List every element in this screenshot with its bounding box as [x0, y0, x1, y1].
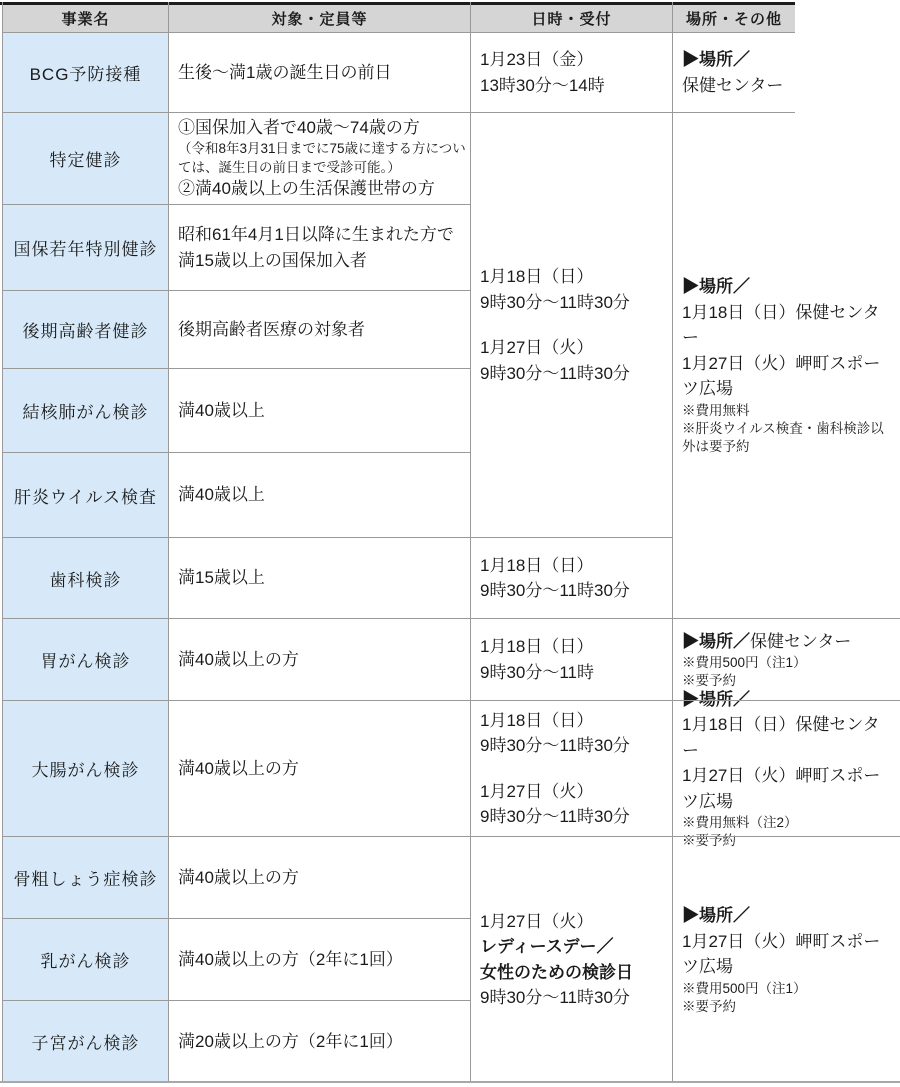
divider-line-header-bottom	[2, 32, 795, 33]
divider-line-col2	[470, 2, 471, 1082]
datetime-time: 9時30分～11時30分	[480, 804, 630, 830]
program-label: 乳がん検診	[41, 947, 131, 972]
target-cell-kanen-virus: 満40歳以上	[169, 453, 470, 537]
target-text: 満40歳以上の方（2年に1回）	[178, 947, 403, 973]
datetime-date: 1月27日（火）	[480, 909, 593, 935]
program-label: BCG予防接種	[30, 60, 142, 85]
datetime-time: 9時30分～11時30分	[480, 290, 630, 316]
datetime-time: 9時30分～11時	[480, 660, 594, 686]
program-label: 子宮がん検診	[32, 1029, 140, 1054]
target-text-item2: ②満40歳以上の生活保護世帯の方	[178, 177, 435, 201]
place-note-reservation: ※肝炎ウイルス検査・歯科検診以外は要予約	[682, 420, 894, 456]
place-text: 1月18日（日）保健センター	[682, 712, 894, 763]
target-text: 満15歳以上	[178, 565, 265, 591]
place-cell-ladies-day: ▶場所／ 1月27日（火）岬町スポーツ広場 ※費用500円（注1） ※要予約	[673, 837, 900, 1082]
target-text: 満40歳以上	[178, 482, 265, 508]
place-line: ▶場所／保健センター	[682, 629, 851, 655]
place-marker: ▶場所／	[682, 903, 750, 929]
target-cell-daichogan: 満40歳以上の方	[169, 701, 470, 836]
datetime-date: 1月18日（日）	[480, 634, 593, 660]
target-text-note: （令和8年3月31日までに75歳に達する方については、誕生日の前日まで受診可能。…	[178, 140, 466, 176]
target-text: 満40歳以上の方	[178, 756, 299, 782]
place-text: 1月27日（火）岬町スポーツ広場	[682, 763, 894, 814]
program-name-igan: 胃がん検診	[3, 619, 168, 700]
divider-line-row7	[2, 618, 900, 619]
program-label: 歯科検診	[50, 566, 122, 591]
divider-line-row9	[2, 836, 900, 837]
program-label: 特定健診	[50, 146, 122, 171]
target-text: 満40歳以上	[178, 398, 265, 424]
datetime-date: 1月27日（火）	[480, 335, 593, 361]
place-note-fee: ※費用無料（注2）	[682, 814, 798, 832]
header-label-program: 事業名	[61, 8, 109, 29]
target-text-item1: ①国保加入者で40歳～74歳の方	[178, 116, 420, 140]
target-cell-kokuho-jakunen: 昭和61年4月1日以降に生まれた方で満15歳以上の国保加入者	[169, 205, 470, 290]
target-text: 生後～満1歳の誕生日の前日	[178, 60, 391, 86]
divider-line-col1	[168, 2, 169, 1082]
place-text: 保健センター	[750, 632, 851, 651]
datetime-cell-ladies-day: 1月27日（火） レディースデー／ 女性のための検診日 9時30分～11時30分	[471, 837, 672, 1082]
divider-line-row1	[2, 112, 795, 113]
divider-line-row5	[2, 452, 470, 453]
header-cell-datetime: 日時・受付	[471, 5, 672, 32]
program-name-bcg: BCG予防接種	[3, 33, 168, 112]
place-note-fee: ※費用無料	[682, 402, 894, 420]
place-marker: ▶場所／	[682, 632, 750, 651]
target-cell-tokutei-kenshin: ①国保加入者で40歳～74歳の方 （令和8年3月31日までに75歳に達する方につ…	[169, 113, 470, 204]
divider-line-col3	[672, 2, 673, 1082]
divider-line-row11	[2, 1000, 470, 1001]
datetime-date: 1月18日（日）	[480, 264, 593, 290]
header-label-datetime: 日時・受付	[531, 8, 611, 29]
program-name-kokuho-jakunen: 国保若年特別健診	[3, 205, 168, 290]
program-name-kotsusosho: 骨粗しょう症検診	[3, 837, 168, 918]
place-note-fee: ※費用500円（注1）	[682, 980, 807, 998]
place-text: 1月18日（日）保健センター	[682, 300, 894, 351]
target-cell-nyugan: 満40歳以上の方（2年に1回）	[169, 919, 470, 1000]
place-marker: ▶場所／	[682, 274, 750, 300]
place-cell-daichogan: ▶場所／ 1月18日（日）保健センター 1月27日（火）岬町スポーツ広場 ※費用…	[673, 701, 900, 836]
ladies-day-label: レディースデー／	[480, 934, 613, 960]
ladies-day-sublabel: 女性のための検診日	[480, 960, 633, 986]
divider-line-left	[2, 2, 3, 1082]
datetime-date: 1月23日（金）	[480, 47, 593, 73]
datetime-date: 1月18日（日）	[480, 708, 593, 734]
target-text: 満20歳以上の方（2年に1回）	[178, 1029, 403, 1055]
program-label: 結核肺がん検診	[23, 398, 149, 423]
datetime-cell-group1: 1月18日（日） 9時30分～11時30分 1月27日（火） 9時30分～11時…	[471, 113, 672, 537]
target-cell-shikyugan: 満20歳以上の方（2年に1回）	[169, 1001, 470, 1082]
datetime-cell-shika: 1月18日（日） 9時30分～11時30分	[471, 538, 672, 618]
target-text: 昭和61年4月1日以降に生まれた方で満15歳以上の国保加入者	[178, 222, 466, 273]
place-cell-group1: ▶場所／ 1月18日（日）保健センター 1月27日（火）岬町スポーツ広場 ※費用…	[673, 113, 900, 618]
divider-line-row4	[2, 368, 470, 369]
target-text: 満40歳以上の方	[178, 647, 299, 673]
divider-line-row6	[2, 537, 672, 538]
place-note-reservation: ※要予約	[682, 998, 736, 1016]
datetime-cell-igan: 1月18日（日） 9時30分～11時	[471, 619, 672, 700]
program-name-kouki-koureisha: 後期高齢者健診	[3, 291, 168, 368]
program-name-nyugan: 乳がん検診	[3, 919, 168, 1000]
program-label: 肝炎ウイルス検査	[14, 483, 157, 508]
program-label: 骨粗しょう症検診	[14, 865, 158, 890]
target-cell-igan: 満40歳以上の方	[169, 619, 470, 700]
datetime-date: 1月27日（火）	[480, 779, 593, 805]
target-cell-kouki-koureisha: 後期高齢者医療の対象者	[169, 291, 470, 368]
program-name-daichogan: 大腸がん検診	[3, 701, 168, 836]
program-name-shikyugan: 子宮がん検診	[3, 1001, 168, 1082]
program-name-kanen-virus: 肝炎ウイルス検査	[3, 453, 168, 537]
program-label: 後期高齢者健診	[23, 317, 149, 342]
divider-line-row3	[2, 290, 470, 291]
header-cell-place: 場所・その他	[673, 5, 795, 32]
divider-line-row10	[2, 918, 470, 919]
place-cell-bcg: ▶場所／ 保健センター	[673, 33, 900, 112]
header-label-target: 対象・定員等	[271, 8, 367, 29]
place-marker: ▶場所／	[682, 47, 750, 73]
datetime-time: 9時30分～11時30分	[480, 985, 630, 1011]
program-name-shika: 歯科検診	[3, 538, 168, 618]
divider-line-row2	[2, 204, 470, 205]
place-text: 保健センター	[682, 73, 783, 99]
program-name-kekkaku-haigan: 結核肺がん検診	[3, 369, 168, 452]
place-text: 1月27日（火）岬町スポーツ広場	[682, 929, 894, 980]
header-cell-program: 事業名	[3, 5, 168, 32]
table-top-border	[0, 2, 795, 5]
divider-line-row8	[2, 700, 900, 701]
target-cell-shika: 満15歳以上	[169, 538, 470, 618]
target-cell-kekkaku-haigan: 満40歳以上	[169, 369, 470, 452]
datetime-date: 1月18日（日）	[480, 553, 593, 579]
header-label-place: 場所・その他	[686, 8, 782, 29]
program-label: 大腸がん検診	[32, 756, 140, 781]
datetime-cell-daichogan: 1月18日（日） 9時30分～11時30分 1月27日（火） 9時30分～11時…	[471, 701, 672, 836]
program-label: 胃がん検診	[41, 647, 131, 672]
table-bottom-border	[0, 1081, 900, 1083]
target-cell-bcg: 生後～満1歳の誕生日の前日	[169, 33, 470, 112]
place-text: 1月27日（火）岬町スポーツ広場	[682, 351, 894, 402]
datetime-time: 9時30分～11時30分	[480, 733, 630, 759]
datetime-cell-bcg: 1月23日（金） 13時30分～14時	[471, 33, 672, 112]
datetime-time: 9時30分～11時30分	[480, 361, 630, 387]
health-checkup-schedule-table: 事業名 対象・定員等 日時・受付 場所・その他 BCG予防接種 特定健診 国保若…	[0, 0, 900, 1087]
header-cell-target: 対象・定員等	[169, 5, 470, 32]
program-label: 国保若年特別健診	[14, 235, 158, 260]
place-note-fee: ※費用500円（注1）	[682, 654, 807, 672]
datetime-time: 9時30分～11時30分	[480, 578, 630, 604]
target-text: 満40歳以上の方	[178, 865, 299, 891]
program-name-tokutei-kenshin: 特定健診	[3, 113, 168, 204]
target-cell-kotsusosho: 満40歳以上の方	[169, 837, 470, 918]
datetime-time: 13時30分～14時	[480, 73, 605, 99]
target-text: 後期高齢者医療の対象者	[178, 317, 365, 343]
